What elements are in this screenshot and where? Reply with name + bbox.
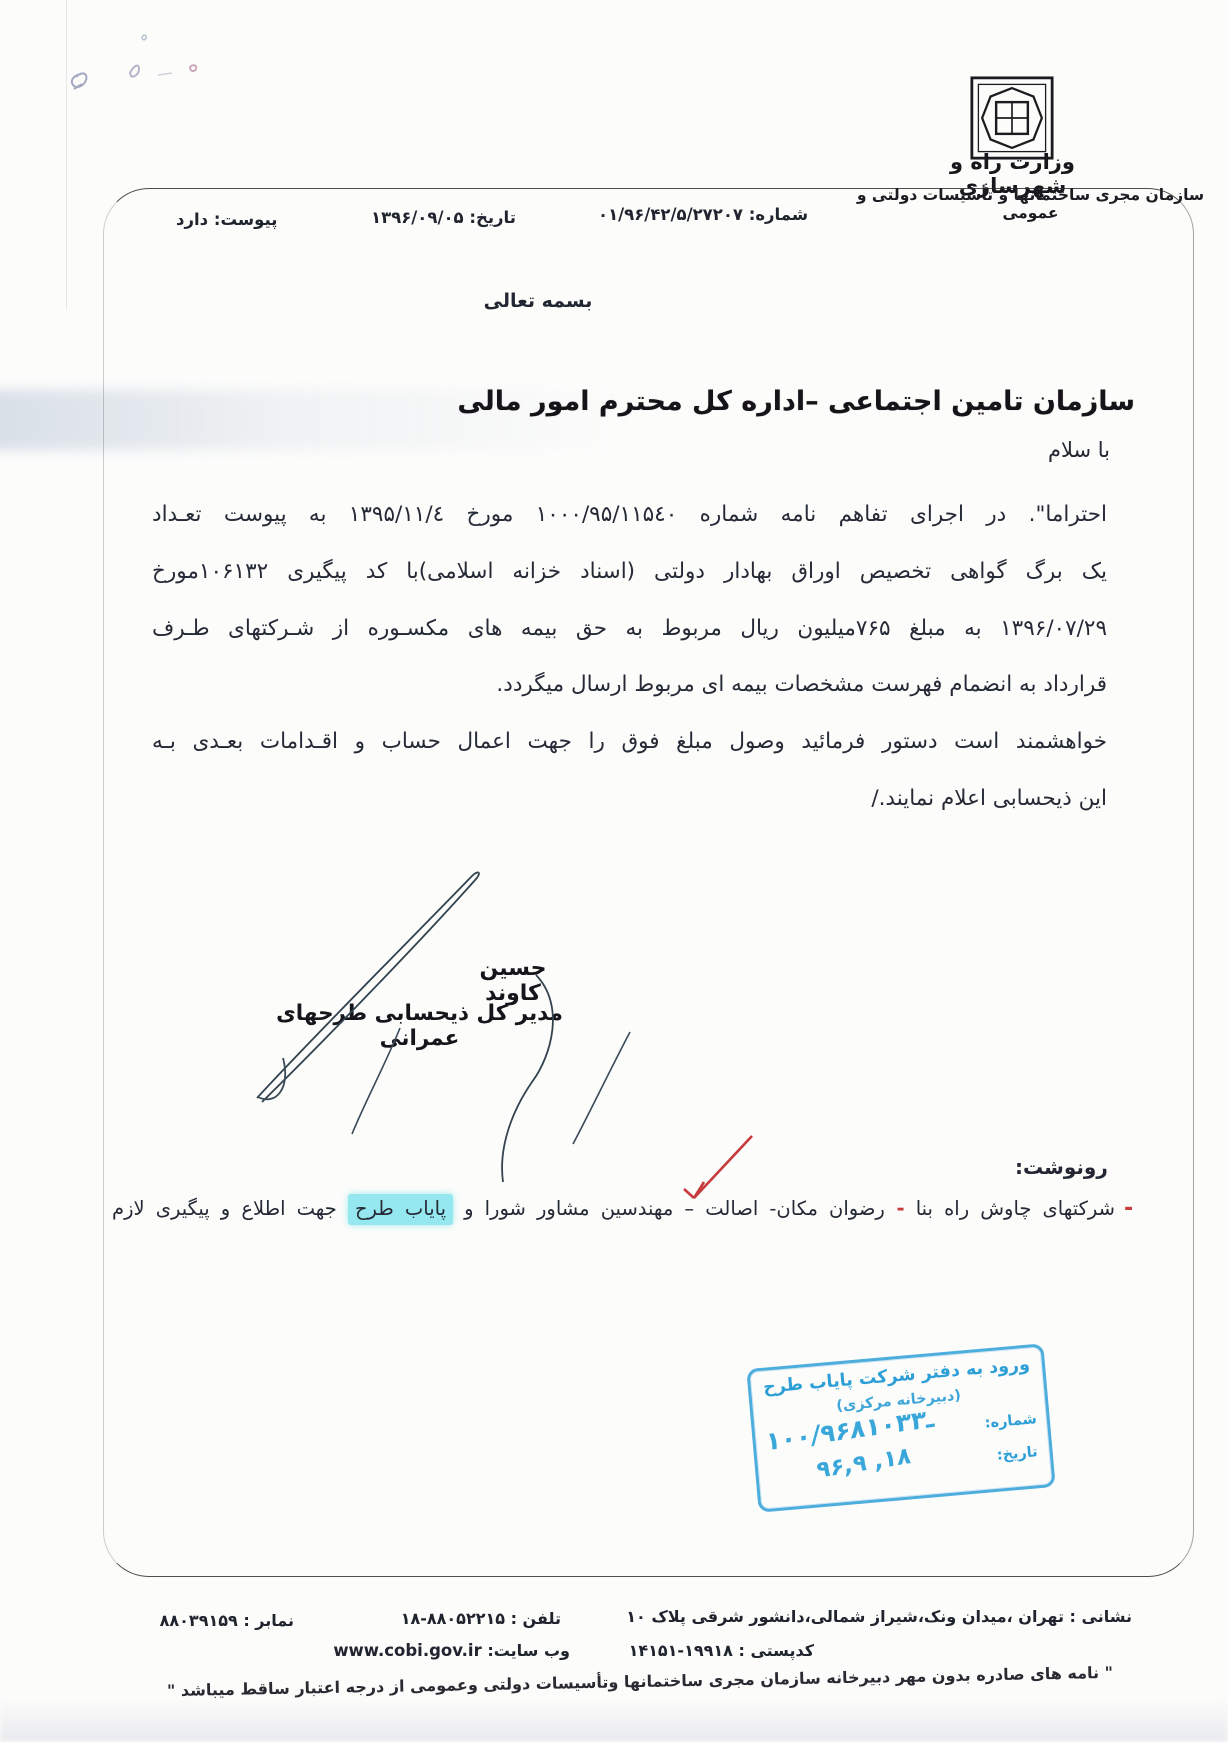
address-value: تهران ،میدان ونک،شیراز شمالی،دانشور شرقی… xyxy=(626,1607,1064,1626)
footer-address: نشانی : تهران ،میدان ونک،شیراز شمالی،دان… xyxy=(630,1607,1132,1626)
footer-fax: نمابر : ۸۸۰۳۹۱۵۹ xyxy=(146,1611,294,1630)
cc-recipients-line: شرکتهای چاوش راه بنا - رضوان مکان- اصالت… xyxy=(112,1197,1115,1220)
stamp-date-label: تاریخ: xyxy=(996,1444,1038,1464)
fax-label: نمابر : xyxy=(243,1611,294,1630)
body-line: احتراما". در اجرای تفاهم نامه شماره ⁦۱۰۰… xyxy=(152,499,1107,531)
letter-date-value: ⁦۱۳۹۶/۰۹/۰۵⁩ xyxy=(371,208,464,227)
cc-text: جهت اطلاع و پیگیری لازم xyxy=(112,1197,348,1220)
footer-phone: تلفن : ۱۸-۸۸۰۵۲۲۱۵ xyxy=(383,1609,561,1628)
letter-attachment: پیوست: دارد xyxy=(176,210,277,229)
ministry-logo-icon xyxy=(970,76,1054,160)
scan-smudge-bottom xyxy=(0,1698,1228,1742)
letter-date-label: تاریخ: xyxy=(469,208,516,227)
fax-value: ۸۸۰۳۹۱۵۹ xyxy=(160,1611,238,1630)
stamp-number-label: شماره: xyxy=(984,1411,1037,1431)
phone-value: ۱۸-۸۸۰۵۲۲۱۵ xyxy=(401,1609,505,1628)
letter-date: تاریخ: ⁦۱۳۹۶/۰۹/۰۵⁩ xyxy=(371,208,516,227)
letter-number-value: ⁦۰۱/۹۶/۴۲/۵/۲۷۲۰۷⁩ xyxy=(598,205,743,224)
cc-highlighted-company: پایاب طرح xyxy=(348,1194,453,1225)
footer-postal-code: کدپستی : ۱۴۱۵۱-۱۹۹۱۸ xyxy=(630,1641,814,1660)
cc-red-dash: - xyxy=(885,1197,905,1220)
letter-number-label: شماره: xyxy=(749,205,808,224)
salutation: با سلام xyxy=(995,438,1110,462)
body-line: یک برگ گواهی تخصیص اوراق بهادار دولتی (ا… xyxy=(152,556,1107,588)
besmellah: بسمه تعالی xyxy=(483,290,593,312)
website-url: www.cobi.gov.ir xyxy=(333,1641,481,1660)
letter-number: شماره: ⁦۰۱/۹۶/۴۲/۵/۲۷۲۰۷⁩ xyxy=(598,205,808,224)
phone-label: تلفن : xyxy=(511,1609,561,1628)
address-label: نشانی : xyxy=(1070,1607,1132,1626)
postal-value: ۱۴۱۵۱-۱۹۹۱۸ xyxy=(629,1641,733,1660)
cc-text: شرکتهای چاوش راه بنا xyxy=(905,1197,1115,1220)
cc-bullet-dash: - xyxy=(1124,1196,1133,1221)
body-line: قرارداد به انضمام فهرست مشخصات بیمه ای م… xyxy=(152,669,1107,701)
website-label: وب سایت: xyxy=(487,1641,570,1660)
recipient-heading: سازمان تامین اجتماعی –اداره کل محترم امو… xyxy=(393,386,1135,417)
body-line: خواهشمند است دستور فرمائید وصول مبلغ فوق… xyxy=(152,726,1107,758)
stamp-date-handwritten: ۹۶,۹ ,۱۸ xyxy=(816,1443,911,1484)
office-entry-stamp: ورود به دفتر شرکت پایاب طرح (دبیرخانه مر… xyxy=(746,1343,1055,1512)
red-arrow-annotation xyxy=(684,1136,752,1198)
body-line: ⁦۱۳۹۶/۰۷/۲۹⁩ به مبلغ ۷۶۵میلیون ریال مربو… xyxy=(152,613,1107,645)
scanned-letter-page: وزارت راه و شهرسازی سازمان مجری ساختمانه… xyxy=(0,0,1228,1742)
body-line: این ذیحسابی اعلام نمایند./ xyxy=(152,783,1107,815)
attachment-value: دارد xyxy=(176,210,208,229)
attachment-label: پیوست: xyxy=(214,210,278,229)
pen-scribbles xyxy=(30,25,220,115)
postal-label: کدپستی : xyxy=(738,1641,814,1660)
cc-text: رضوان مکان- اصالت – مهندسین مشاور شورا و xyxy=(453,1197,885,1220)
cc-label: رونوشت: xyxy=(1015,1155,1140,1179)
footer-website: وب سایت: www.cobi.gov.ir xyxy=(370,1641,570,1660)
signature-ink xyxy=(150,850,800,1250)
footer-disclaimer: " نامه های صادره بدون مهر دبیرخانه سازما… xyxy=(160,1663,1120,1700)
